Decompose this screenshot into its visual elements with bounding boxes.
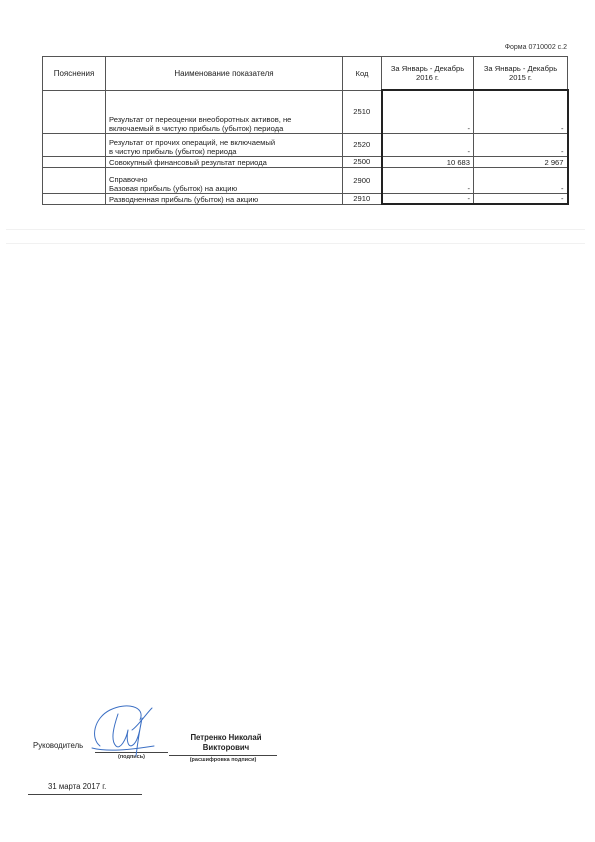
indicator-name-cell: Результат от прочих операций, не включае…	[106, 133, 343, 156]
value-previous-cell: -	[474, 193, 568, 204]
value-current-cell: -	[382, 167, 474, 193]
code-cell: 2910	[343, 193, 382, 204]
indicator-name-line: включаемый в чистую прибыль (убыток) пер…	[109, 124, 340, 133]
indicator-name-line: Результат от прочих операций, не включае…	[109, 138, 340, 147]
explanation-cell	[43, 156, 106, 167]
header-code: Код	[343, 57, 382, 91]
indicator-name-line: Базовая прибыль (убыток) на акцию	[109, 184, 340, 193]
indicator-name-line: в чистую прибыль (убыток) периода	[109, 147, 340, 156]
header-name: Наименование показателя	[106, 57, 343, 91]
indicator-name-line: Результат от переоценки внеоборотных акт…	[109, 115, 340, 124]
indicator-name-line: Справочно	[109, 175, 340, 184]
table-row: Результат от прочих операций, не включае…	[43, 133, 568, 156]
value-previous-cell: -	[474, 90, 568, 133]
code-cell: 2510	[343, 90, 382, 133]
value-current-cell: -	[382, 133, 474, 156]
scan-artifact-line	[6, 243, 585, 244]
indicator-name-cell: Результат от переоценки внеоборотных акт…	[106, 90, 343, 133]
name-caption: (расшифровка подписи)	[169, 757, 277, 763]
explanation-cell	[43, 193, 106, 204]
code-cell: 2500	[343, 156, 382, 167]
form-code: Форма 0710002 с.2	[505, 44, 567, 51]
report-table: Пояснения Наименование показателя Код За…	[42, 56, 569, 205]
scan-artifact-line	[6, 229, 585, 230]
value-previous-cell: -	[474, 133, 568, 156]
explanation-cell	[43, 133, 106, 156]
role-label: Руководитель	[33, 741, 83, 750]
signatory-name-line2: Викторович	[176, 743, 276, 753]
value-current-cell: 10 683	[382, 156, 474, 167]
value-current-cell: -	[382, 193, 474, 204]
table-row: Совокупный финансовый результат периода2…	[43, 156, 568, 167]
value-previous-cell: 2 967	[474, 156, 568, 167]
explanation-cell	[43, 90, 106, 133]
header-period-current: За Январь - Декабрь 2016 г.	[382, 57, 474, 91]
code-cell: 2520	[343, 133, 382, 156]
value-previous-cell: -	[474, 167, 568, 193]
table-header-row: Пояснения Наименование показателя Код За…	[43, 57, 568, 91]
table-row: СправочноБазовая прибыль (убыток) на акц…	[43, 167, 568, 193]
explanation-cell	[43, 167, 106, 193]
date-line	[28, 794, 142, 795]
indicator-name-line: Совокупный финансовый результат периода	[109, 158, 340, 167]
name-line	[169, 755, 277, 756]
indicator-name-cell: Совокупный финансовый результат периода	[106, 156, 343, 167]
indicator-name-cell: Разводненная прибыль (убыток) на акцию	[106, 193, 343, 204]
code-cell: 2900	[343, 167, 382, 193]
value-current-cell: -	[382, 90, 474, 133]
table-row: Результат от переоценки внеоборотных акт…	[43, 90, 568, 133]
indicator-name-line: Разводненная прибыль (убыток) на акцию	[109, 195, 340, 204]
signatory-name-line1: Петренко Николай	[176, 733, 276, 743]
header-explanation: Пояснения	[43, 57, 106, 91]
table-row: Разводненная прибыль (убыток) на акцию29…	[43, 193, 568, 204]
indicator-name-cell: СправочноБазовая прибыль (убыток) на акц…	[106, 167, 343, 193]
header-period-previous: За Январь - Декабрь 2015 г.	[474, 57, 568, 91]
handwritten-signature	[88, 700, 158, 758]
signature-date: 31 марта 2017 г.	[48, 782, 106, 791]
signatory-name: Петренко Николай Викторович	[176, 733, 276, 753]
